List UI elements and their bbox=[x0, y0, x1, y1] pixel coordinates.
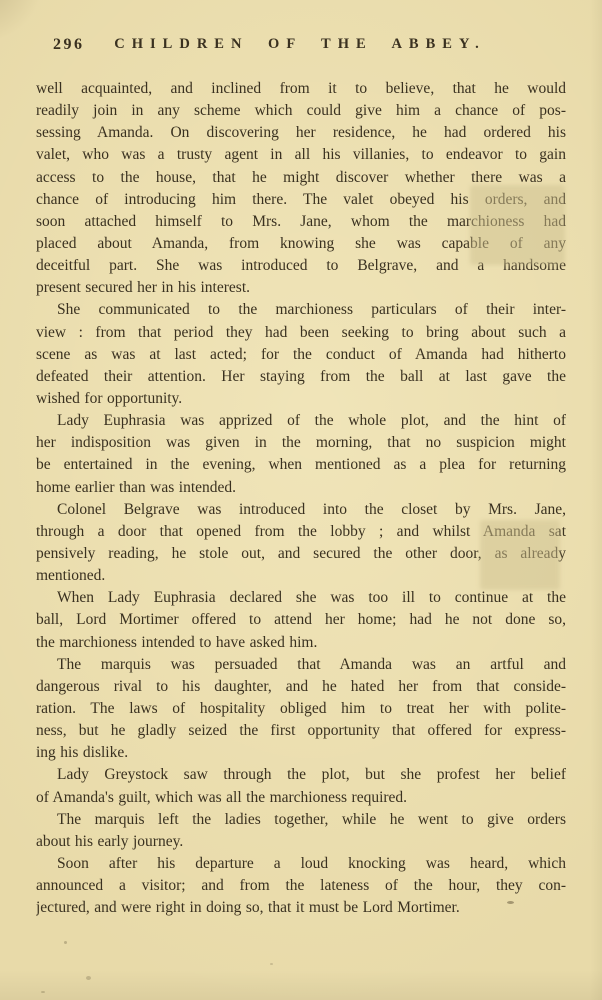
text-line: announced a visitor; and from the latene… bbox=[36, 875, 566, 897]
text-line: placed about Amanda, from knowing she wa… bbox=[36, 233, 566, 255]
text-line: soon attached himself to Mrs. Jane, whom… bbox=[36, 211, 566, 233]
page-header: 296 CHILDREN OF THE ABBEY. bbox=[36, 36, 564, 54]
text-line: dangerous rival to his daughter, and he … bbox=[36, 676, 566, 698]
paragraph: Colonel Belgrave was introduced into the… bbox=[36, 499, 566, 588]
paragraph: She communicated to the marchioness part… bbox=[36, 299, 566, 410]
text-line: ball, Lord Mortimer offered to attend he… bbox=[36, 609, 566, 631]
text-line: scene as was at last acted; for the cond… bbox=[36, 344, 566, 366]
page-number: 296 bbox=[53, 36, 85, 54]
paper-speck bbox=[64, 941, 67, 944]
text-line: wished for opportunity. bbox=[36, 388, 566, 410]
book-page: 296 CHILDREN OF THE ABBEY. well acquaint… bbox=[0, 0, 602, 1000]
text-line: valet, who was a trusty agent in all his… bbox=[36, 144, 566, 166]
text-line: She communicated to the marchioness part… bbox=[36, 299, 566, 321]
text-line: The marquis left the ladies together, wh… bbox=[36, 809, 566, 831]
text-line: pensively reading, he stole out, and sec… bbox=[36, 543, 566, 565]
paragraph: The marquis left the ladies together, wh… bbox=[36, 809, 566, 853]
text-line: ing his dislike. bbox=[36, 742, 566, 764]
text-line: sessing Amanda. On discovering her resid… bbox=[36, 122, 566, 144]
text-line: ness, but he gladly seized the first opp… bbox=[36, 720, 566, 742]
text-line: home earlier than was intended. bbox=[36, 477, 566, 499]
paragraph: When Lady Euphrasia declared she was too… bbox=[36, 587, 566, 653]
text-line: chance of introducing him there. The val… bbox=[36, 189, 566, 211]
paragraph: Lady Euphrasia was apprized of the whole… bbox=[36, 410, 566, 499]
text-line: jectured, and were right in doing so, th… bbox=[36, 897, 566, 919]
text-line: be entertained in the evening, when ment… bbox=[36, 454, 566, 476]
paragraph: well acquainted, and inclined from it to… bbox=[36, 78, 566, 299]
text-line: well acquainted, and inclined from it to… bbox=[36, 78, 566, 100]
text-line: Lady Euphrasia was apprized of the whole… bbox=[36, 410, 566, 432]
text-line: mentioned. bbox=[36, 565, 566, 587]
text-line: ration. The laws of hospitality obliged … bbox=[36, 698, 566, 720]
running-title: CHILDREN OF THE ABBEY. bbox=[36, 36, 564, 53]
text-line: present secured her in his interest. bbox=[36, 277, 566, 299]
paper-speck bbox=[270, 963, 273, 965]
text-block: well acquainted, and inclined from it to… bbox=[36, 78, 566, 919]
text-line: her indisposition was given in the morni… bbox=[36, 432, 566, 454]
text-line: The marquis was persuaded that Amanda wa… bbox=[36, 654, 566, 676]
text-line: view : from that period they had been se… bbox=[36, 322, 566, 344]
paragraph: Lady Greystock saw through the plot, but… bbox=[36, 764, 566, 808]
text-line: defeated their attention. Her staying fr… bbox=[36, 366, 566, 388]
text-line: When Lady Euphrasia declared she was too… bbox=[36, 587, 566, 609]
text-line: the marchioness intended to have asked h… bbox=[36, 632, 566, 654]
text-line: about his early journey. bbox=[36, 831, 566, 853]
text-line: Soon after his departure a loud knocking… bbox=[36, 853, 566, 875]
paragraph: The marquis was persuaded that Amanda wa… bbox=[36, 654, 566, 765]
text-line: deceitful part. She was introduced to Be… bbox=[36, 255, 566, 277]
text-line: readily join in any scheme which could g… bbox=[36, 100, 566, 122]
paper-speck bbox=[86, 976, 91, 980]
text-line: of Amanda's guilt, which was all the mar… bbox=[36, 787, 566, 809]
paper-speck bbox=[41, 991, 45, 993]
text-line: access to the house, that he might disco… bbox=[36, 167, 566, 189]
paragraph: Soon after his departure a loud knocking… bbox=[36, 853, 566, 919]
text-line: through a door that opened from the lobb… bbox=[36, 521, 566, 543]
text-line: Colonel Belgrave was introduced into the… bbox=[36, 499, 566, 521]
text-line: Lady Greystock saw through the plot, but… bbox=[36, 764, 566, 786]
